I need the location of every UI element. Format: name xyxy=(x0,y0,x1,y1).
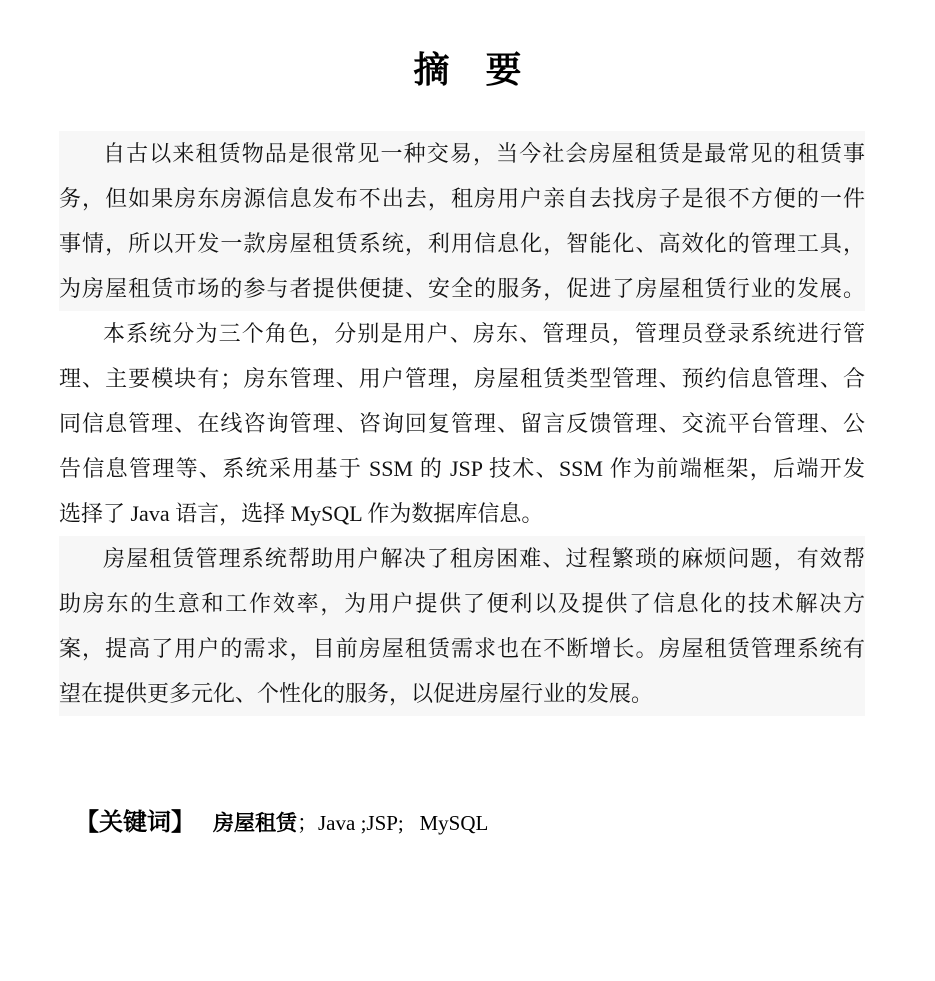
text-line: 同信息管理、在线咨询管理、咨询回复管理、留言反馈管理、交流平台管理、公 xyxy=(59,401,865,446)
keywords-line: 【关键词】房屋租赁；Java ;JSP; MySQL xyxy=(59,763,879,803)
page-title: 摘 要 xyxy=(0,48,935,92)
text-line: 助房东的生意和工作效率，为用户提供了便利以及提供了信息化的技术解决方 xyxy=(59,581,865,626)
document-page: 摘 要 自古以来租赁物品是很常见一种交易，当今社会房屋租赁是最常见的租赁事务，但… xyxy=(0,0,935,981)
text-line: 理、主要模块有；房东管理、用户管理，房屋租赁类型管理、预约信息管理、合 xyxy=(59,356,865,401)
text-line: 为房屋租赁市场的参与者提供便捷、安全的服务，促进了房屋租赁行业的发展。 xyxy=(59,266,865,311)
text-line: 望在提供更多元化、个性化的服务，以促进房屋行业的发展。 xyxy=(59,671,865,716)
abstract-body: 自古以来租赁物品是很常见一种交易，当今社会房屋租赁是最常见的租赁事务，但如果房东… xyxy=(59,131,865,716)
text-line: 事情，所以开发一款房屋租赁系统，利用信息化，智能化、高效化的管理工具， xyxy=(59,221,865,266)
text-line: 选择了 Java 语言，选择 MySQL 作为数据库信息。 xyxy=(59,491,865,536)
text-line: 房屋租赁管理系统帮助用户解决了租房困难、过程繁琐的麻烦问题，有效帮 xyxy=(59,536,865,581)
keywords-label: 【关键词】 xyxy=(75,809,195,836)
abstract-paragraph: 本系统分为三个角色，分别是用户、房东、管理员，管理员登录系统进行管理、主要模块有… xyxy=(59,311,865,536)
text-line: 案，提高了用户的需求，目前房屋租赁需求也在不断增长。房屋租赁管理系统有 xyxy=(59,626,865,671)
keywords-primary-term: 房屋租赁 xyxy=(213,811,297,835)
abstract-paragraph: 房屋租赁管理系统帮助用户解决了租房困难、过程繁琐的麻烦问题，有效帮助房东的生意和… xyxy=(59,536,865,716)
text-line: 本系统分为三个角色，分别是用户、房东、管理员，管理员登录系统进行管 xyxy=(59,311,865,356)
keywords-rest-terms: ；Java ;JSP; MySQL xyxy=(297,811,488,835)
text-line: 告信息管理等、系统采用基于 SSM 的 JSP 技术、SSM 作为前端框架，后端… xyxy=(59,446,865,491)
text-line: 务，但如果房东房源信息发布不出去，租房用户亲自去找房子是很不方便的一件 xyxy=(59,176,865,221)
text-line: 自古以来租赁物品是很常见一种交易，当今社会房屋租赁是最常见的租赁事 xyxy=(59,131,865,176)
abstract-paragraph: 自古以来租赁物品是很常见一种交易，当今社会房屋租赁是最常见的租赁事务，但如果房东… xyxy=(59,131,865,311)
